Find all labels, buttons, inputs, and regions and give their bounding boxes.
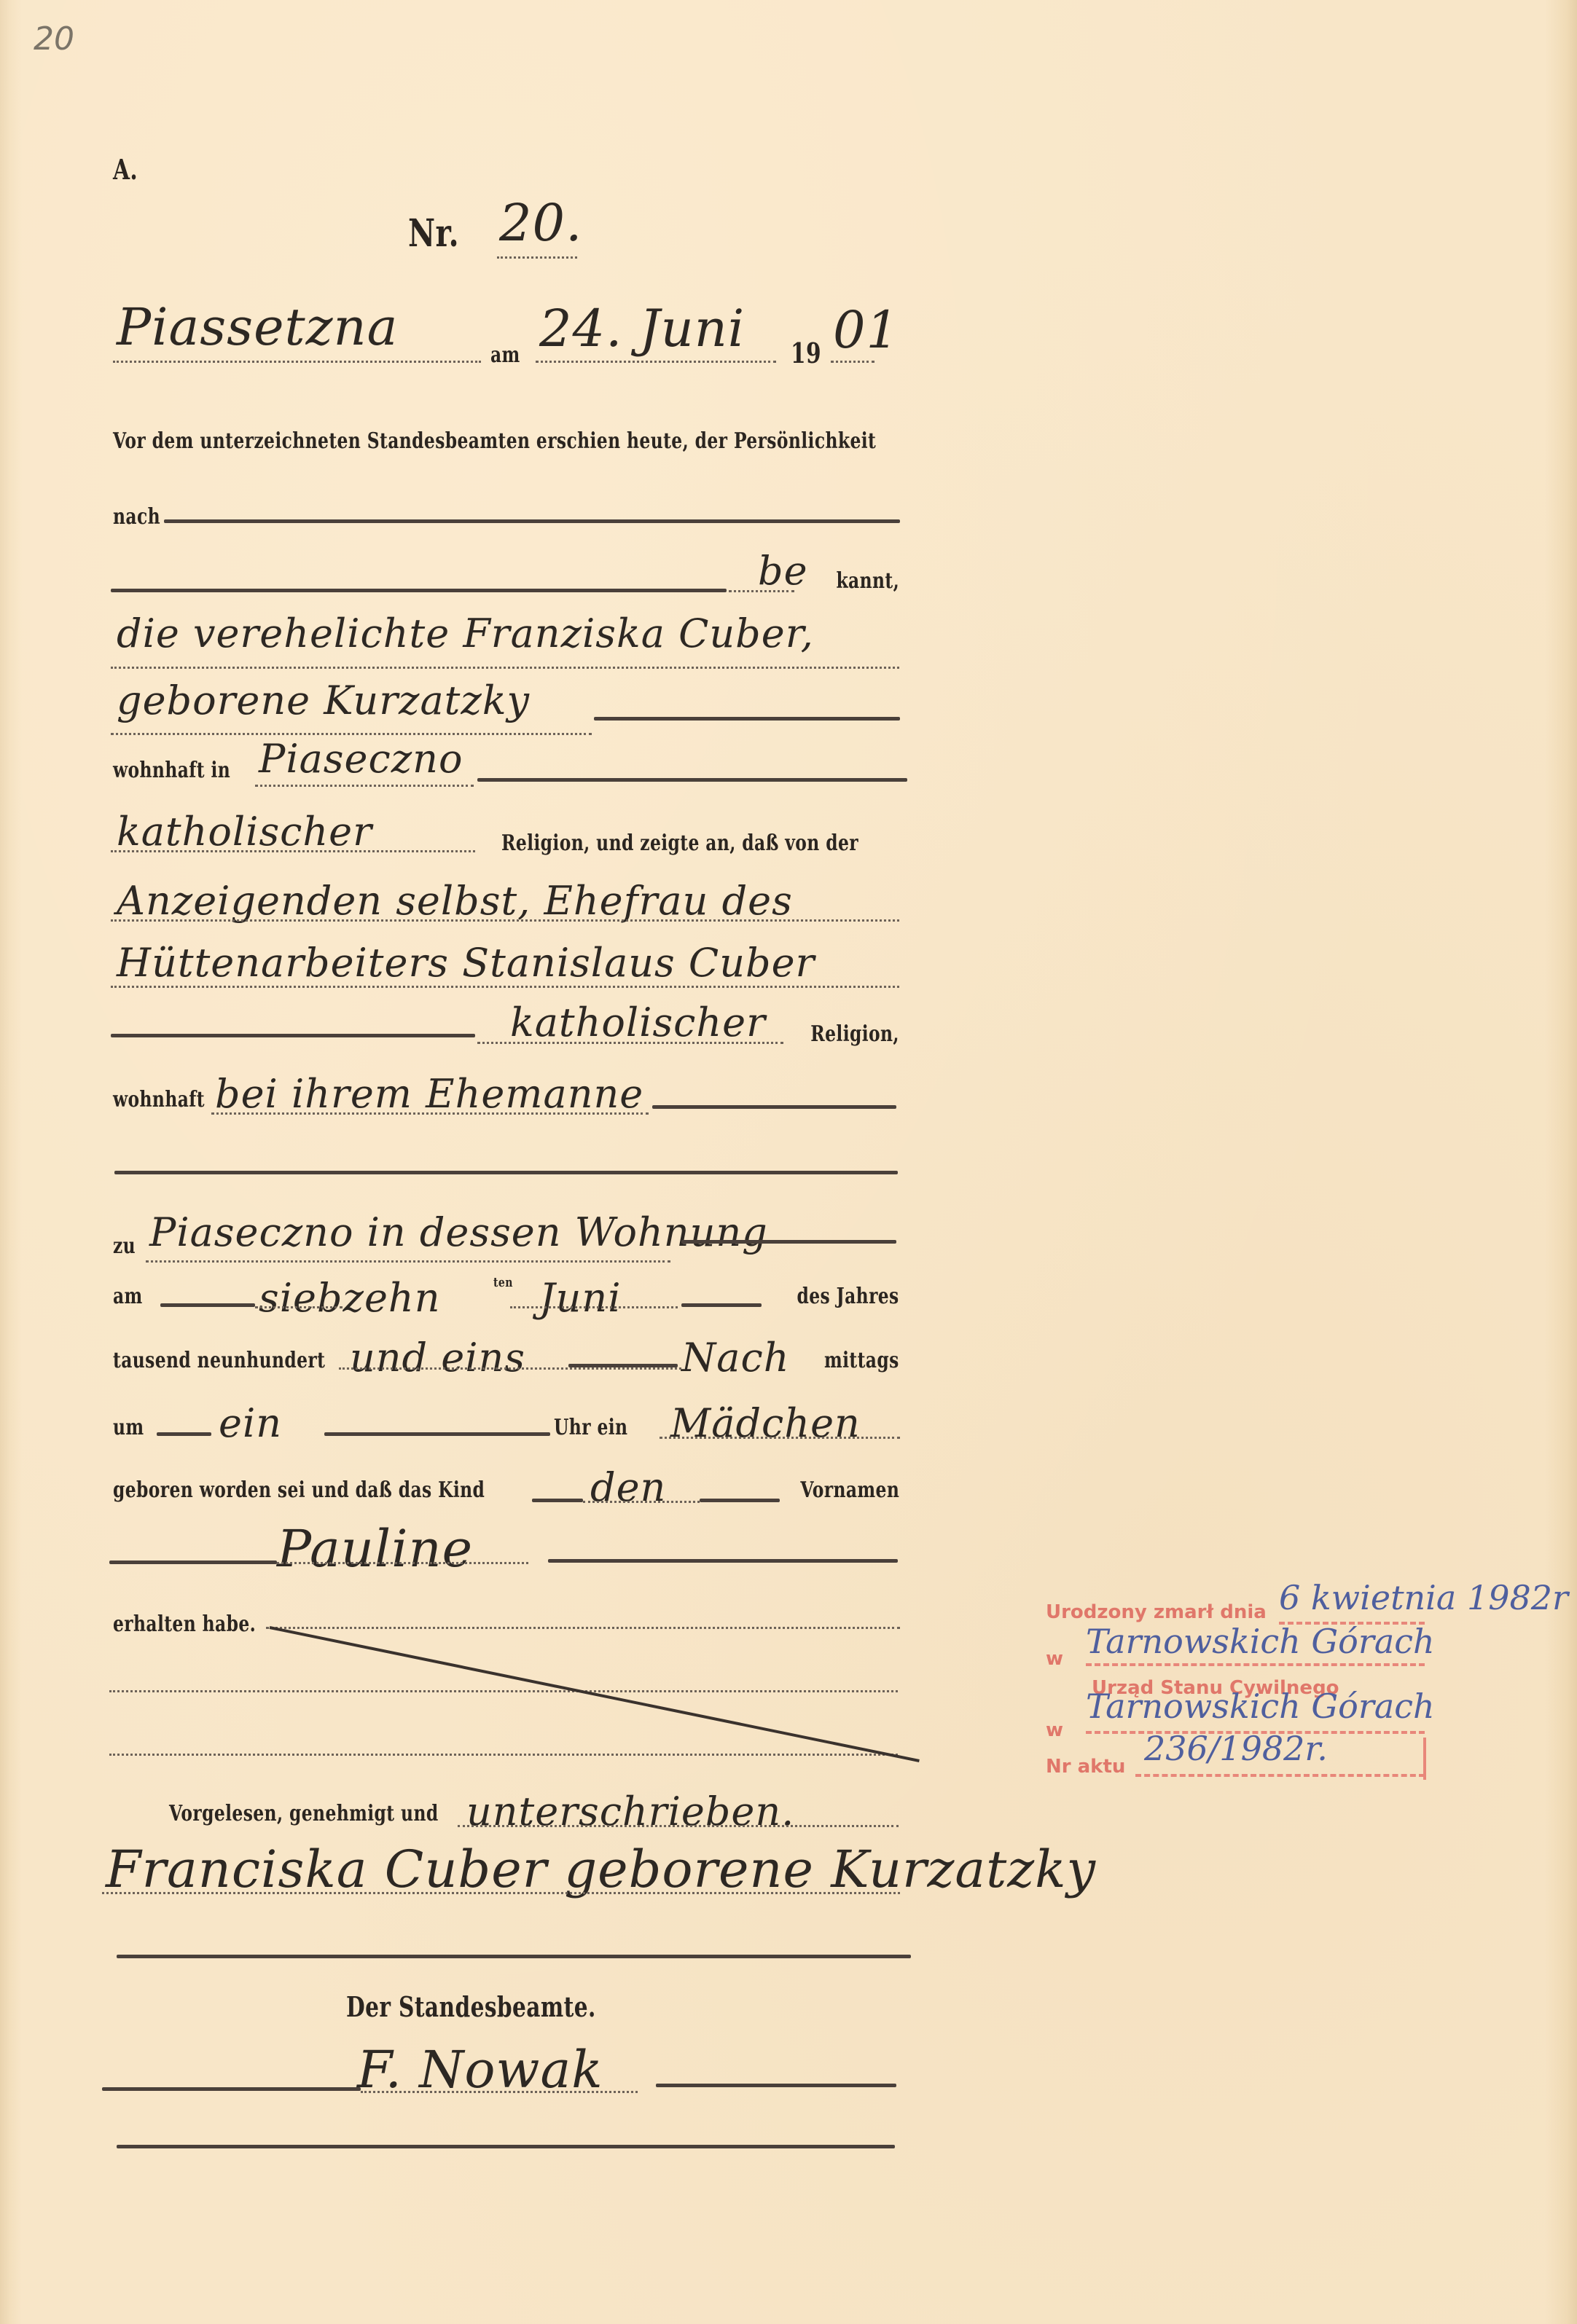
stamp-act-number-value: 236/1982r. — [1144, 1729, 1328, 1768]
registrar-rule — [361, 2091, 638, 2093]
time-of-day: Nach — [681, 1335, 789, 1381]
year-suffix: 01 — [833, 300, 899, 360]
remarks-line-1 — [266, 1627, 900, 1629]
vorgelesen-value: unterschrieben. — [466, 1789, 794, 1834]
father-residence-solid — [652, 1105, 896, 1109]
erhalten-label: erhalten habe. — [113, 1612, 256, 1637]
registrar-title: Der Standesbeamte. — [346, 1990, 596, 2023]
vorgelesen-label: Vorgelesen, genehmigt und — [169, 1801, 439, 1826]
given-name-solid-1 — [109, 1561, 277, 1564]
mother-line-2-rule — [111, 986, 899, 988]
stamp-label-w-2: w — [1046, 1719, 1063, 1741]
date-line — [536, 361, 776, 363]
residence-line — [477, 778, 907, 782]
religion-2-rule — [477, 1042, 783, 1044]
kind-solid-2 — [700, 1499, 780, 1502]
bekannt-label: kannt, — [836, 568, 899, 594]
bottom-rule — [117, 2145, 895, 2148]
child-sex: Mädchen — [670, 1400, 861, 1446]
hour-solid-2 — [324, 1432, 550, 1436]
nach-label: nach — [113, 504, 160, 530]
stamp-end-mark — [1423, 1738, 1426, 1780]
birth-day: siebzehn — [259, 1275, 440, 1321]
am-label: am — [490, 342, 520, 368]
year-words-rule — [339, 1367, 681, 1370]
civil-registry-stamp: Urodzony zmarł dnia 6 kwietnia 1982r w T… — [1042, 1581, 1494, 1785]
mother-line-2: Hüttenarbeiters Stanislaus Cuber — [117, 940, 815, 986]
stamp-place-value-1: Tarnowskich Górach — [1086, 1622, 1435, 1661]
blank-line-1 — [114, 1171, 898, 1174]
stamp-rule-2 — [1086, 1663, 1425, 1666]
bekannt-line — [111, 589, 727, 592]
wohnhaft-label: wohnhaft — [113, 1087, 205, 1112]
given-name-solid-2 — [548, 1559, 898, 1563]
record-number-line — [497, 256, 577, 259]
informant-line-1-rule — [111, 667, 899, 669]
mother-line-1-rule — [111, 919, 899, 922]
intro-text: Vor dem unterzeichneten Standesbeamten e… — [113, 428, 876, 454]
year-prefix: 19 — [791, 337, 821, 369]
residence-value: Piaseczno — [259, 736, 463, 782]
zu-label: zu — [113, 1233, 136, 1259]
birth-place-solid — [681, 1240, 896, 1244]
mittags-label: mittags — [824, 1348, 899, 1373]
ten-suffix: ten — [493, 1275, 513, 1290]
stamp-rule-4 — [1135, 1774, 1425, 1777]
day-solid — [160, 1303, 255, 1307]
religion-label-2: Religion, — [810, 1021, 899, 1047]
kind-article: den — [590, 1464, 666, 1510]
nach-line — [164, 519, 900, 523]
strikethrough-line — [270, 1626, 920, 1762]
place-value: Piassetzna — [117, 297, 398, 357]
given-name: Pauline — [277, 1519, 473, 1579]
day-rule — [255, 1306, 343, 1308]
religion-text-1: Religion, und zeigte an, daß von der — [501, 831, 858, 856]
place-line — [113, 361, 481, 363]
religion-1-rule — [111, 850, 475, 852]
stamp-label-born-died: Urodzony zmarł dnia — [1046, 1601, 1267, 1623]
birth-year-words: und eins — [350, 1335, 525, 1381]
informant-signature: Franciska Cuber geborene Kurzatzky — [106, 1840, 1096, 1899]
father-residence: bei ihrem Ehemanne — [215, 1071, 643, 1117]
stamp-label-w-1: w — [1046, 1648, 1063, 1670]
informant-line-2-rule — [111, 733, 592, 735]
uhr-ein-label: Uhr ein — [554, 1415, 627, 1440]
wohnhaft-in-label: wohnhaft in — [113, 758, 230, 783]
vorgelesen-rule — [458, 1825, 899, 1827]
hour-value: ein — [219, 1400, 282, 1446]
child-sex-rule — [660, 1437, 900, 1439]
geboren-text: geboren worden sei und daß das Kind — [113, 1477, 485, 1503]
religion-value-1: katholischer — [117, 809, 372, 855]
stamp-label-act-number: Nr aktu — [1046, 1756, 1125, 1778]
informant-line-2-solid — [594, 717, 900, 721]
am-label-2: am — [113, 1284, 143, 1309]
year-line — [831, 361, 874, 363]
informant-line-1: die verehelichte Franziska Cuber, — [117, 611, 814, 656]
date-value: 24. Juni — [539, 299, 745, 358]
signature-solid — [117, 1955, 911, 1958]
section-letter: A. — [113, 153, 138, 186]
bekannt-prefix: be — [758, 548, 808, 594]
stamp-place-value-2: Tarnowskich Górach — [1086, 1687, 1435, 1726]
father-residence-rule — [211, 1112, 649, 1115]
stamp-date-value: 6 kwietnia 1982r — [1279, 1578, 1568, 1617]
remarks-line-3 — [109, 1754, 898, 1756]
given-name-rule — [277, 1562, 528, 1564]
um-label: um — [113, 1415, 144, 1440]
tausend-label: tausend neunhundert — [113, 1348, 325, 1373]
mother-line-1: Anzeigenden selbst, Ehefrau des — [117, 878, 793, 924]
birth-place: Piaseczno in dessen Wohnung — [149, 1209, 768, 1255]
religion-value-2: katholischer — [510, 1000, 766, 1045]
registrar-solid-1 — [102, 2087, 361, 2091]
page-number: 20 — [34, 20, 74, 58]
birth-month: Juni — [539, 1275, 621, 1321]
religion-2-solid — [111, 1034, 475, 1037]
month-rule — [510, 1306, 678, 1308]
record-number: 20. — [499, 193, 582, 253]
kind-solid-1 — [532, 1499, 583, 1502]
signature-rule — [102, 1892, 900, 1894]
hour-solid-1 — [157, 1432, 211, 1436]
residence-dotted — [255, 785, 474, 787]
registrar-solid-2 — [656, 2084, 896, 2087]
vornamen-label: Vornamen — [800, 1477, 899, 1503]
remarks-line-2 — [109, 1690, 898, 1692]
record-label: Nr. — [408, 211, 459, 256]
kind-rule — [583, 1501, 700, 1503]
birth-place-rule — [146, 1260, 670, 1263]
year-words-solid — [568, 1364, 678, 1367]
informant-line-2: geborene Kurzatzky — [117, 678, 530, 723]
month-solid — [681, 1303, 762, 1307]
des-jahres-label: des Jahres — [797, 1284, 899, 1309]
